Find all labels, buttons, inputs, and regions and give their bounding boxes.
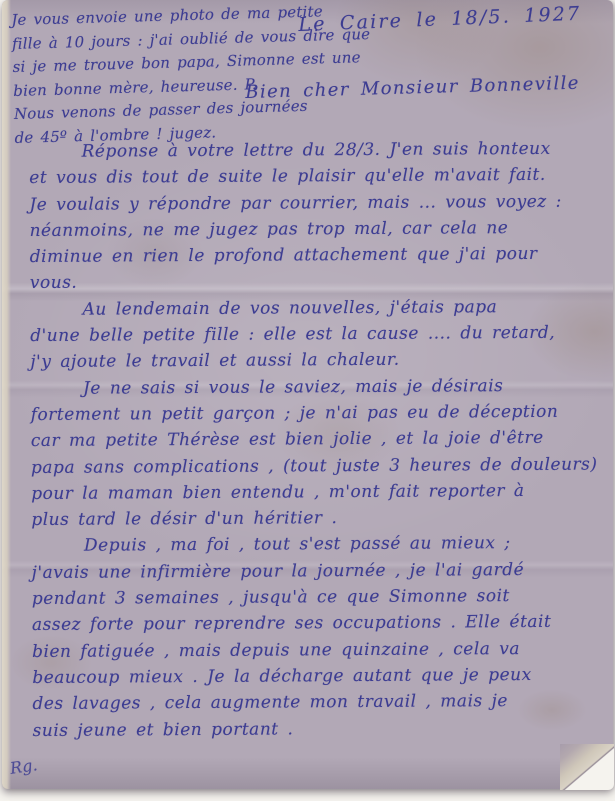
handwritten-line: suis jeune et bien portant . bbox=[33, 714, 600, 744]
folded-corner bbox=[560, 744, 614, 790]
handwritten-line: vous. bbox=[30, 267, 597, 297]
handwritten-line: plus tard le désir d'un héritier . bbox=[31, 504, 598, 534]
letter-paper: Je vous envoie une photo de ma petitefil… bbox=[2, 0, 613, 789]
handwritten-line: j'y ajoute le travail et aussi la chaleu… bbox=[30, 346, 597, 376]
paper-left-edge bbox=[2, 0, 11, 789]
handwritten-line: papa sans complications , (tout juste 3 … bbox=[31, 451, 598, 481]
handwritten-line: j'avais une infirmière pour la journée ,… bbox=[32, 556, 599, 586]
handwritten-line bbox=[33, 740, 600, 770]
handwritten-line: pour la maman bien entendu , m'ont fait … bbox=[31, 477, 598, 507]
handwritten-line: Réponse à votre lettre du 28/3. J'en sui… bbox=[29, 136, 596, 166]
handwritten-line: Je voulais y répondre par courrier, mais… bbox=[29, 188, 596, 218]
letter-body: Réponse à votre lettre du 28/3. J'en sui… bbox=[29, 136, 599, 771]
handwritten-line: et vous dis tout de suite le plaisir qu'… bbox=[29, 162, 596, 192]
handwritten-line: pendant 3 semaines , jusqu'à ce que Simo… bbox=[32, 583, 599, 613]
handwritten-line: bien fatiguée , mais depuis une quinzain… bbox=[32, 635, 599, 665]
handwritten-line: Depuis , ma foi , tout s'est passé au mi… bbox=[31, 530, 598, 560]
handwritten-line: assez forte pour reprendre ses occupatio… bbox=[32, 609, 599, 639]
handwritten-line: diminue en rien le profond attachement q… bbox=[30, 241, 597, 271]
handwritten-line: car ma petite Thérèse est bien jolie , e… bbox=[31, 425, 598, 455]
handwritten-line: Je ne sais si vous le saviez, mais je dé… bbox=[30, 372, 597, 402]
handwritten-line: des lavages , cela augmente mon travail … bbox=[32, 688, 599, 718]
footer-mark: Rg. bbox=[9, 755, 39, 778]
handwritten-line: d'une belle petite fille : elle est la c… bbox=[30, 320, 597, 350]
handwritten-line: beaucoup mieux . Je la décharge autant q… bbox=[32, 661, 599, 691]
handwritten-line: fortement un petit garçon ; je n'ai pas … bbox=[31, 399, 598, 429]
handwritten-line: néanmoins, ne me jugez pas trop mal, car… bbox=[29, 214, 596, 244]
handwritten-line: Au lendemain de vos nouvelles, j'étais p… bbox=[30, 293, 597, 323]
